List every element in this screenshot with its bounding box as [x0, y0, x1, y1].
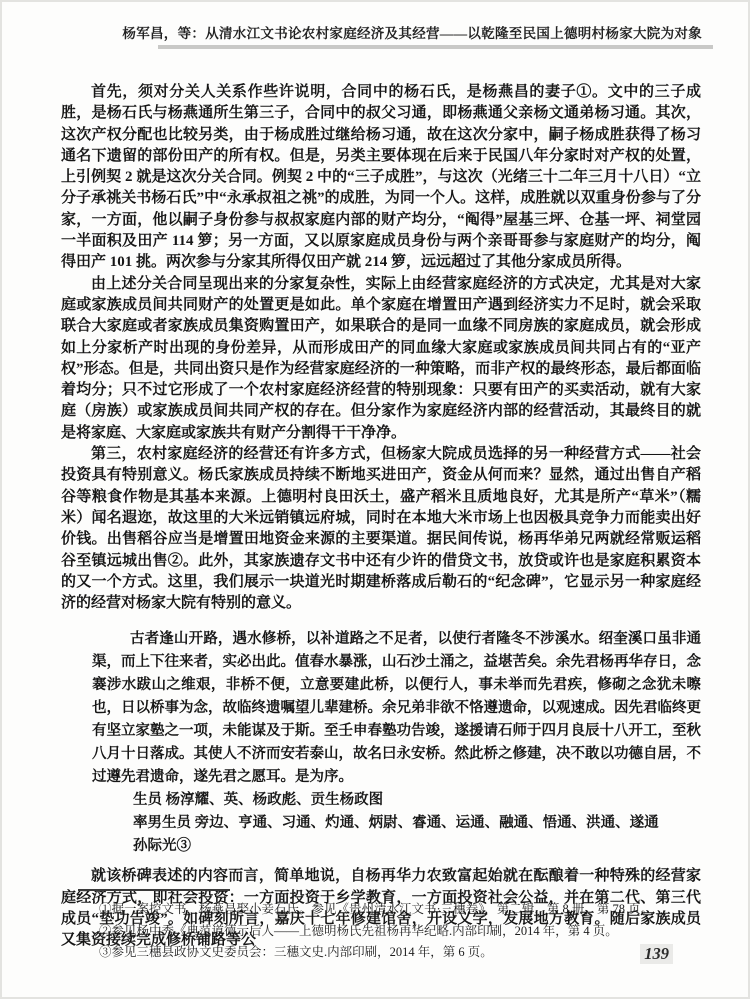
page-body: 首先，须对分关人关系作些许说明，合同中的杨石氏，是杨燕昌的妻子①。文中的三子成胜… — [61, 82, 701, 952]
footnote-2: ②参见杨中秀《典范道德示后人——上德明杨氏先祖杨再华纪略.内部印刷，2014 年… — [61, 921, 706, 943]
paragraph-property-division: 由上述分关合同呈现出来的分家复杂性，实际上由经营家庭经济的方式决定，尤其是对大家… — [61, 274, 701, 444]
stele-inscription-quote: 古者逢山开路，遇水修桥，以补道路之不足者，以使行者隆冬不涉溪水。绍奎溪口虽非通渠… — [61, 628, 701, 858]
quote-signature-line-3: 孙际光③ — [92, 835, 701, 858]
quote-text: 古者逢山开路，遇水修桥，以补道路之不足者，以使行者隆冬不涉溪水。绍奎溪口虽非通渠… — [92, 628, 701, 789]
footnotes-block: ①据一案控文书，杨燕昌娶小妾石氏。参见《贵州清水江文书·三穗卷》，第二辑，第 8… — [61, 899, 706, 964]
header-rule — [158, 45, 713, 49]
page-number: 139 — [640, 944, 673, 964]
paragraph-family-relations: 首先，须对分关人关系作些许说明，合同中的杨石氏，是杨燕昌的妻子①。文中的三子成胜… — [61, 82, 701, 274]
footnote-separator-rule — [78, 889, 230, 891]
quote-signature-line-1: 生员 杨淳耀、英、杨政彪、贡生杨政图 — [92, 789, 701, 812]
running-title: 杨军昌，等：从清水江文书论农村家庭经济及其经营——以乾隆至民国上德明村杨家大院为… — [122, 22, 702, 42]
footnote-3: ③参见三穗县政协文史委员会：三穗文史.内部印刷，2014 年，第 6 页。 — [61, 942, 706, 964]
paragraph-social-investment: 第三，农村家庭经济的经营还有许多方式，但杨家大院成员选择的另一种经营方式——社会… — [61, 444, 701, 614]
footnote-1: ①据一案控文书，杨燕昌娶小妾石氏。参见《贵州清水江文书·三穗卷》，第二辑，第 8… — [61, 899, 706, 921]
quote-signature-line-2: 率男生员 旁边、亨通、习通、灼通、炳尉、睿通、运通、融通、悟通、洪通、遂通 — [92, 812, 701, 835]
paper-page: 杨军昌，等：从清水江文书论农村家庭经济及其经营——以乾隆至民国上德明村杨家大院为… — [0, 0, 750, 999]
